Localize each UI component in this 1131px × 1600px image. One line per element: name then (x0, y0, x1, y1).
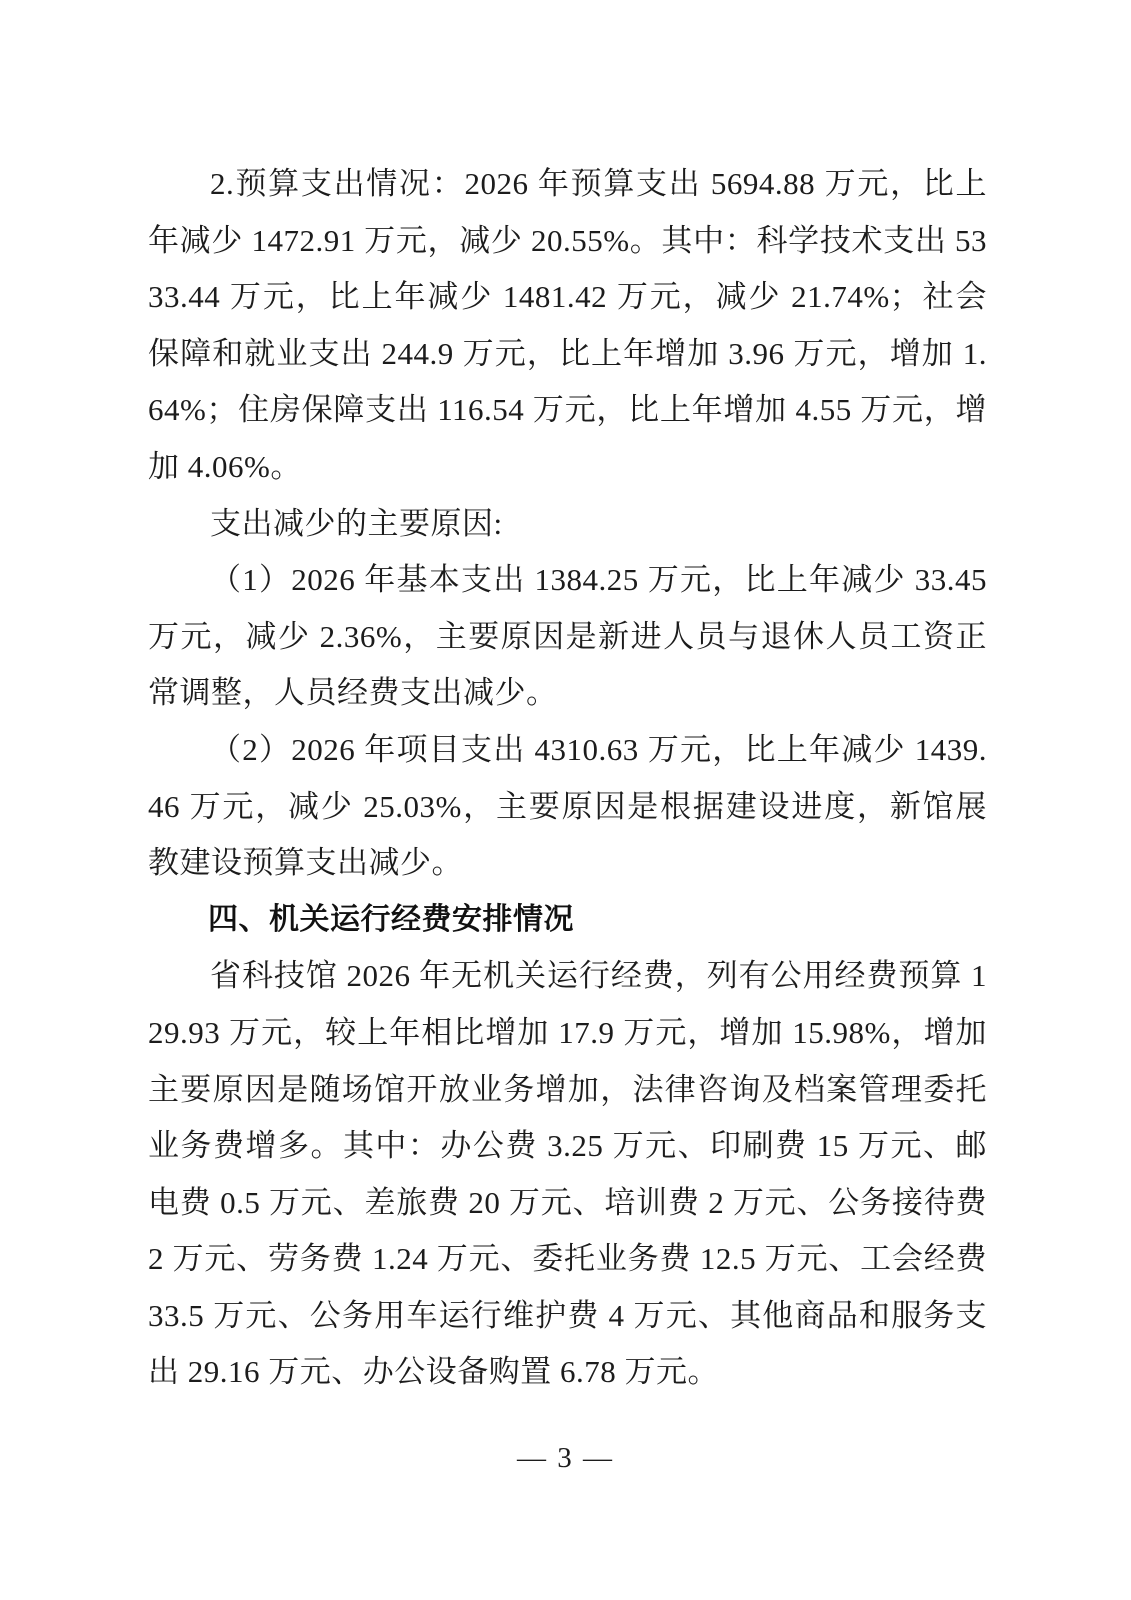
page-number: — 3 — (0, 1442, 1131, 1475)
document-page: 2.预算支出情况：2026 年预算支出 5694.88 万元，比上年减少 147… (0, 0, 1131, 1600)
paragraph-reason-intro: 支出减少的主要原因: (148, 496, 987, 553)
paragraph-reason-1: （1）2026 年基本支出 1384.25 万元，比上年减少 33.45 万元，… (148, 552, 987, 722)
document-body: 2.预算支出情况：2026 年预算支出 5694.88 万元，比上年减少 147… (148, 156, 987, 1401)
paragraph-reason-2: （2）2026 年项目支出 4310.63 万元，比上年减少 1439.46 万… (148, 722, 987, 892)
section-heading-operating-expense: 四、机关运行经费安排情况 (148, 892, 987, 949)
paragraph-operating-expense: 省科技馆 2026 年无机关运行经费，列有公用经费预算 129.93 万元，较上… (148, 948, 987, 1401)
paragraph-budget-expenditure: 2.预算支出情况：2026 年预算支出 5694.88 万元，比上年减少 147… (148, 156, 987, 496)
